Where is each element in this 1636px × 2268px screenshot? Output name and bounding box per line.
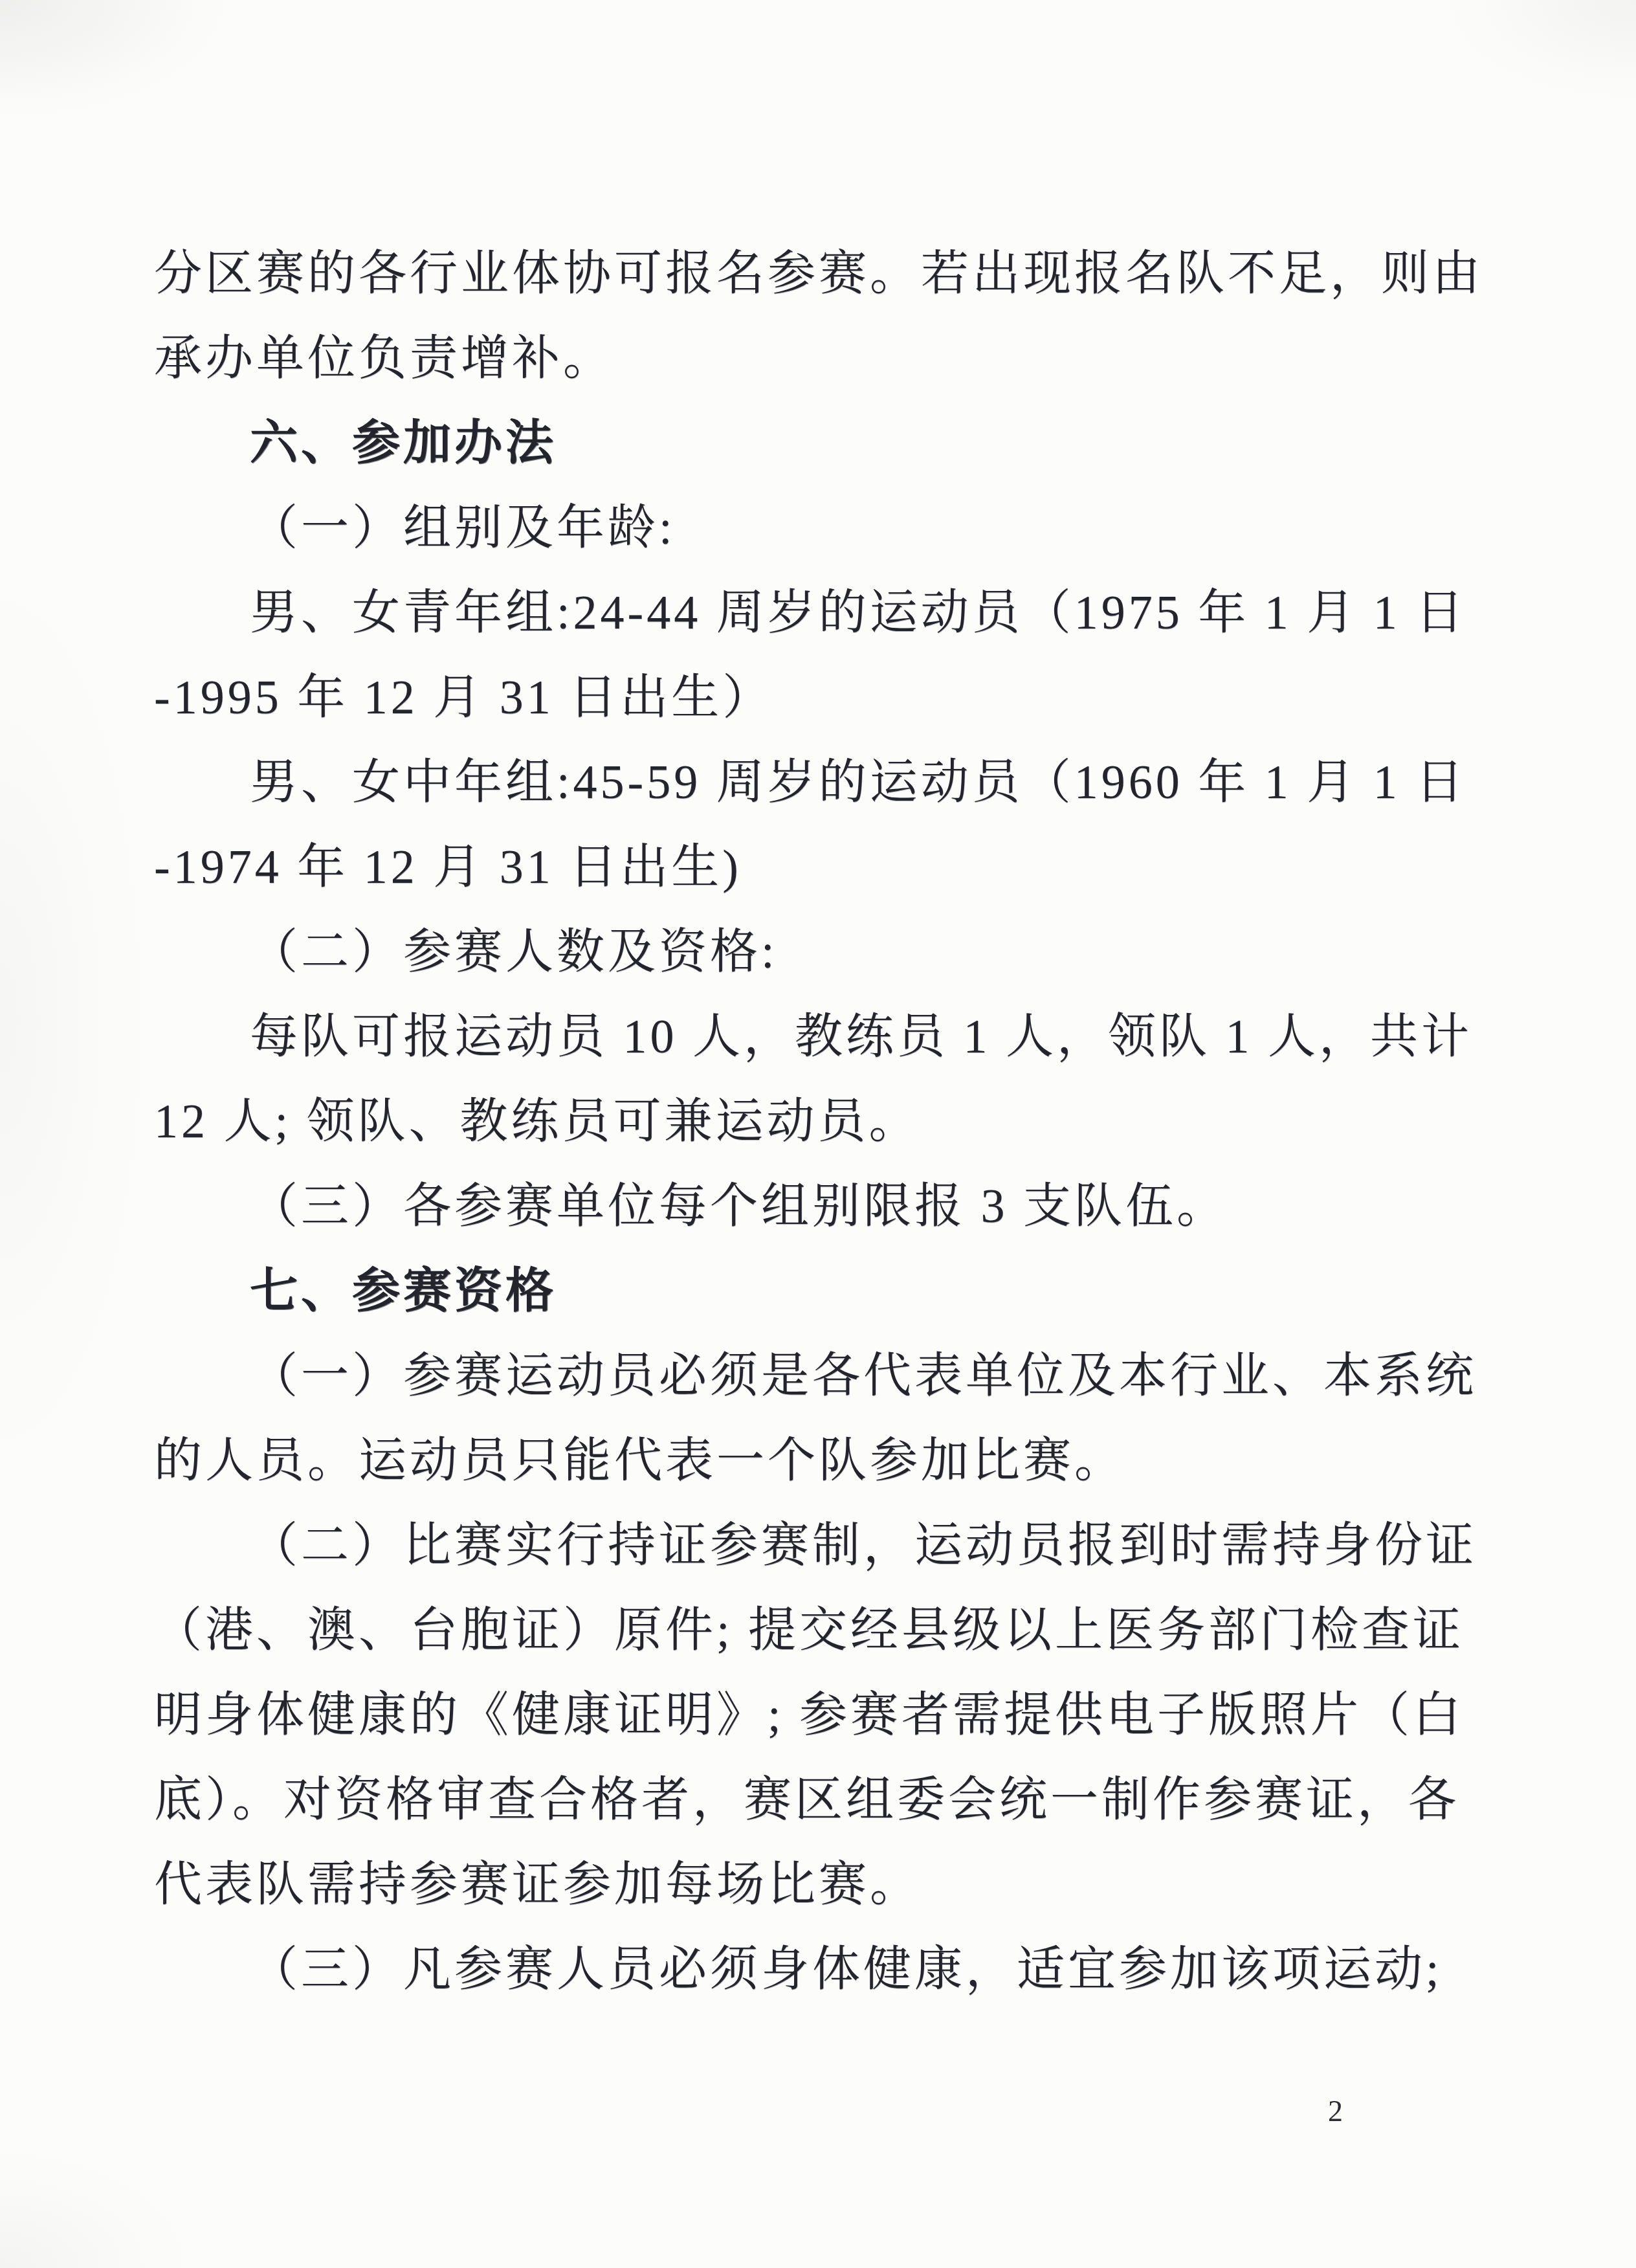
text-line: 承办单位负责增补。 bbox=[154, 317, 1485, 401]
text-line: -1995 年 12 月 31 日出生） bbox=[154, 656, 1485, 740]
text-line: 底）。对资格审查合格者，赛区组委会统一制作参赛证，各 bbox=[154, 1758, 1485, 1843]
document-page: 分区赛的各行业体协可报名参赛。若出现报名队不足，则由承办单位负责增补。六、参加办… bbox=[0, 0, 1636, 2268]
text-line: -1974 年 12 月 31 日出生) bbox=[154, 825, 1485, 910]
text-line: 分区赛的各行业体协可报名参赛。若出现报名队不足，则由 bbox=[154, 232, 1485, 317]
text-line: 每队可报运动员 10 人，教练员 1 人，领队 1 人，共计 bbox=[154, 995, 1485, 1080]
text-line: 男、女青年组:24-44 周岁的运动员（1975 年 1 月 1 日 bbox=[154, 571, 1485, 656]
text-line: 的人员。运动员只能代表一个队参加比赛。 bbox=[154, 1419, 1485, 1504]
text-line: 明身体健康的《健康证明》; 参赛者需提供电子版照片（白 bbox=[154, 1673, 1485, 1758]
text-line: （港、澳、台胞证）原件; 提交经县级以上医务部门检查证 bbox=[154, 1588, 1485, 1673]
text-line: 六、参加办法 bbox=[154, 401, 1485, 486]
text-line: （三）各参赛单位每个组别限报 3 支队伍。 bbox=[154, 1164, 1485, 1249]
text-line: 男、女中年组:45-59 周岁的运动员（1960 年 1 月 1 日 bbox=[154, 740, 1485, 825]
text-line: 代表队需持参赛证参加每场比赛。 bbox=[154, 1843, 1485, 1928]
text-line: （二）比赛实行持证参赛制，运动员报到时需持身份证 bbox=[154, 1504, 1485, 1588]
text-line: （二）参赛人数及资格: bbox=[154, 910, 1485, 995]
text-line: 七、参赛资格 bbox=[154, 1249, 1485, 1334]
page-number: 2 bbox=[1328, 2092, 1343, 2131]
text-line: （一）参赛运动员必须是各代表单位及本行业、本系统 bbox=[154, 1334, 1485, 1419]
document-body: 分区赛的各行业体协可报名参赛。若出现报名队不足，则由承办单位负责增补。六、参加办… bbox=[154, 232, 1485, 2012]
text-line: （一）组别及年龄: bbox=[154, 486, 1485, 571]
text-line: 12 人; 领队、教练员可兼运动员。 bbox=[154, 1080, 1485, 1164]
text-line: （三）凡参赛人员必须身体健康，适宜参加该项运动; bbox=[154, 1928, 1485, 2012]
